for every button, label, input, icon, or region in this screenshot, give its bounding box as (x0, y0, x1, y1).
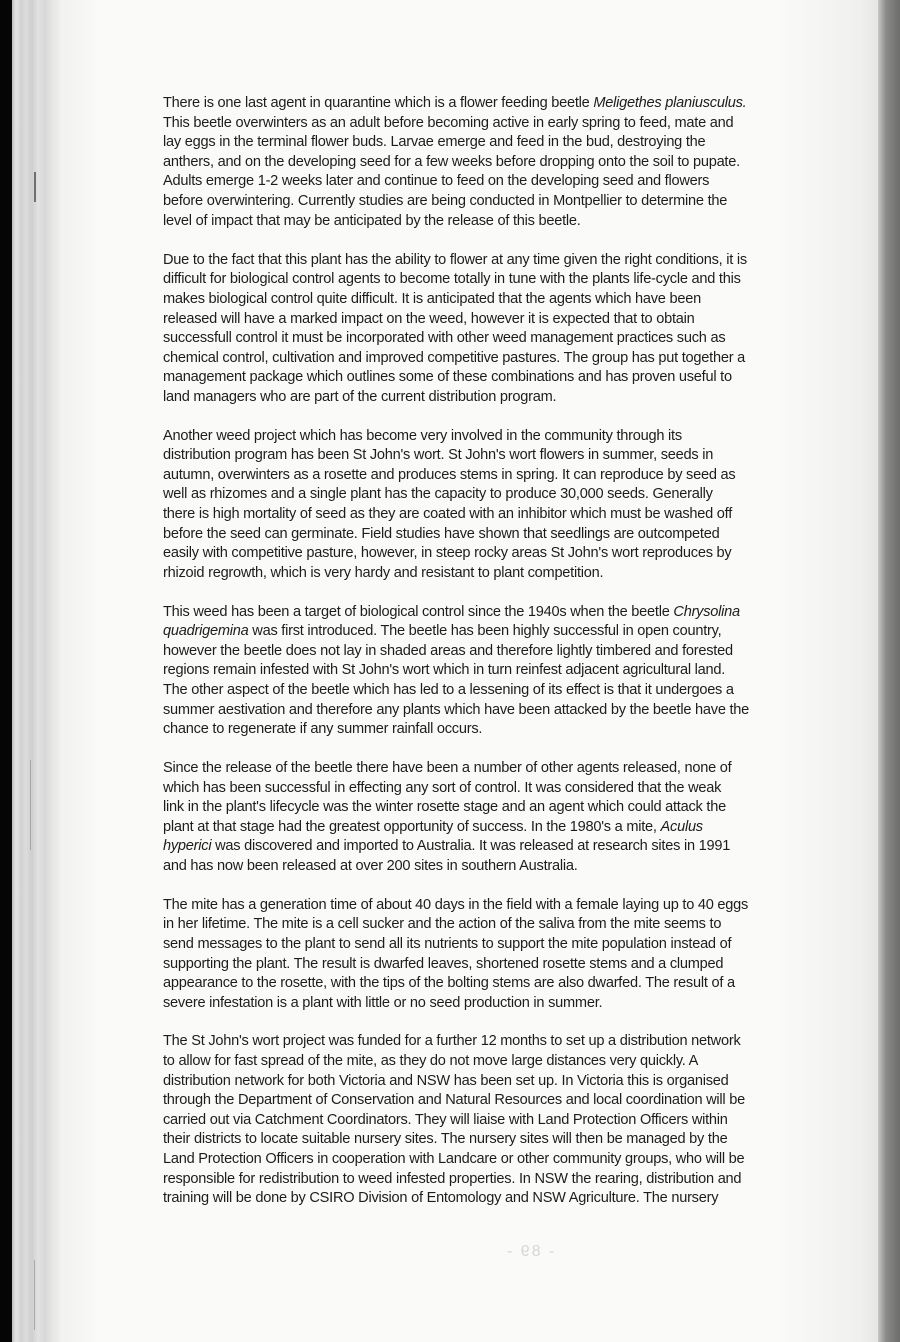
text-run: Land Protection Officers in cooperation … (163, 1150, 744, 1167)
text-line: lay eggs in the terminal flower buds. La… (163, 132, 835, 152)
text-run: Another weed project which has become ve… (163, 427, 682, 444)
text-run: This weed has been a target of biologica… (163, 603, 673, 620)
text-run: and has now been released at over 200 si… (163, 857, 578, 874)
text-line: rhizoid regrowth, which is very hardy an… (163, 563, 835, 583)
text-run: send messages to the plant to send all i… (163, 935, 731, 952)
text-line: Adults emerge 1-2 weeks later and contin… (163, 171, 835, 191)
gutter-mark (34, 1260, 35, 1330)
paragraph: This weed has been a target of biologica… (163, 602, 835, 739)
text-run: well as rhizomes and a single plant has … (163, 485, 713, 502)
text-line: distribution program has been St John's … (163, 445, 835, 465)
text-line: This weed has been a target of biologica… (163, 602, 835, 622)
text-line: send messages to the plant to send all i… (163, 934, 835, 954)
text-line: hyperici was discovered and imported to … (163, 836, 835, 856)
text-line: The St John's wort project was funded fo… (163, 1031, 835, 1051)
text-run: however the beetle does not lay in shade… (163, 642, 733, 659)
text-run: There is one last agent in quarantine wh… (163, 94, 593, 111)
text-run: anthers, and on the developing seed for … (163, 153, 740, 170)
text-line: chance to regenerate if any summer rainf… (163, 719, 835, 739)
text-line: well as rhizomes and a single plant has … (163, 484, 835, 504)
paragraph: The mite has a generation time of about … (163, 895, 835, 1013)
text-run: The St John's wort project was funded fo… (163, 1032, 741, 1049)
right-page-shadow (878, 0, 900, 1342)
text-run: link in the plant's lifecycle was the wi… (163, 798, 726, 815)
text-line: The other aspect of the beetle which has… (163, 680, 835, 700)
text-line: before overwintering. Currently studies … (163, 191, 835, 211)
text-run: their districts to locate suitable nurse… (163, 1130, 727, 1147)
text-line: Due to the fact that this plant has the … (163, 250, 835, 270)
text-run: distribution network for both Victoria a… (163, 1072, 729, 1089)
text-run: in her lifetime. The mite is a cell suck… (163, 915, 721, 932)
scan-left-edge (0, 0, 12, 1342)
text-line: Land Protection Officers in cooperation … (163, 1149, 835, 1169)
species-name: quadrigemina (163, 622, 248, 639)
text-run: Due to the fact that this plant has the … (163, 251, 747, 268)
gutter-mark (34, 172, 36, 202)
text-run: difficult for biological control agents … (163, 270, 741, 287)
text-run: chemical control, cultivation and improv… (163, 349, 745, 366)
text-run: appearance to the rosette, with the tips… (163, 974, 735, 991)
text-run: regions remain infested with St John's w… (163, 661, 725, 678)
text-run: summer aestivation and therefore any pla… (163, 701, 749, 718)
paragraph: There is one last agent in quarantine wh… (163, 93, 835, 230)
text-line: chemical control, cultivation and improv… (163, 348, 835, 368)
text-line: released will have a marked impact on th… (163, 309, 835, 329)
text-run: This beetle overwinters as an adult befo… (163, 114, 733, 131)
text-line: severe infestation is a plant with littl… (163, 993, 835, 1013)
text-line: autumn, overwinters as a rosette and pro… (163, 465, 835, 485)
text-line: distribution network for both Victoria a… (163, 1071, 835, 1091)
text-line: training will be done by CSIRO Division … (163, 1188, 835, 1208)
text-run: distribution program has been St John's … (163, 446, 713, 463)
text-run: autumn, overwinters as a rosette and pro… (163, 466, 735, 483)
text-line: management package which outlines some o… (163, 367, 835, 387)
text-run: easily with competitive pasture, however… (163, 544, 731, 561)
text-run: plant at that stage had the greatest opp… (163, 818, 661, 835)
text-line: to allow for fast spread of the mite, as… (163, 1051, 835, 1071)
text-line: before the seed can germinate. Field stu… (163, 524, 835, 544)
text-line: in her lifetime. The mite is a cell suck… (163, 914, 835, 934)
species-name: Chrysolina (673, 603, 739, 620)
text-run: which has been successful in effecting a… (163, 779, 721, 796)
text-run: chance to regenerate if any summer rainf… (163, 720, 482, 737)
text-run: carried out via Catchment Coordinators. … (163, 1111, 728, 1128)
text-run: supporting the plant. The result is dwar… (163, 955, 723, 972)
paragraph: Since the release of the beetle there ha… (163, 758, 835, 876)
text-line: summer aestivation and therefore any pla… (163, 700, 835, 720)
text-line: and has now been released at over 200 si… (163, 856, 835, 876)
text-run: released will have a marked impact on th… (163, 310, 695, 327)
text-run: severe infestation is a plant with littl… (163, 994, 602, 1011)
text-line: anthers, and on the developing seed for … (163, 152, 835, 172)
text-run: rhizoid regrowth, which is very hardy an… (163, 564, 603, 581)
text-line: There is one last agent in quarantine wh… (163, 93, 835, 113)
text-line: difficult for biological control agents … (163, 269, 835, 289)
text-line: successfull control it must be incorpora… (163, 328, 835, 348)
paragraph: The St John's wort project was funded fo… (163, 1031, 835, 1207)
text-line: Since the release of the beetle there ha… (163, 758, 835, 778)
text-run: before overwintering. Currently studies … (163, 192, 727, 209)
text-run: training will be done by CSIRO Division … (163, 1189, 718, 1206)
text-run: lay eggs in the terminal flower buds. La… (163, 133, 705, 150)
text-run: to allow for fast spread of the mite, as… (163, 1052, 698, 1069)
paragraph: Due to the fact that this plant has the … (163, 250, 835, 407)
text-run: management package which outlines some o… (163, 368, 732, 385)
text-line: however the beetle does not lay in shade… (163, 641, 835, 661)
text-run: Since the release of the beetle there ha… (163, 759, 732, 776)
gutter-mark (30, 760, 31, 850)
text-run: The other aspect of the beetle which has… (163, 681, 734, 698)
text-line: This beetle overwinters as an adult befo… (163, 113, 835, 133)
text-line: makes biological control quite difficult… (163, 289, 835, 309)
text-line: which has been successful in effecting a… (163, 778, 835, 798)
bleed-through-page-number: - 89 - (505, 1243, 554, 1261)
paragraph: Another weed project which has become ve… (163, 426, 835, 583)
species-name: Meligethes planiusculus. (593, 94, 746, 111)
text-run: makes biological control quite difficult… (163, 290, 701, 307)
text-line: regions remain infested with St John's w… (163, 660, 835, 680)
text-line: quadrigemina was first introduced. The b… (163, 621, 835, 641)
text-line: link in the plant's lifecycle was the wi… (163, 797, 835, 817)
text-line: supporting the plant. The result is dwar… (163, 954, 835, 974)
text-line: The mite has a generation time of about … (163, 895, 835, 915)
text-line: land managers who are part of the curren… (163, 387, 835, 407)
text-line: appearance to the rosette, with the tips… (163, 973, 835, 993)
binding-gutter (12, 0, 60, 1342)
text-run: responsible for redistribution to weed i… (163, 1170, 741, 1187)
text-run: there is high mortality of seed as they … (163, 505, 732, 522)
text-run: land managers who are part of the curren… (163, 388, 556, 405)
text-line: carried out via Catchment Coordinators. … (163, 1110, 835, 1130)
text-line: plant at that stage had the greatest opp… (163, 817, 835, 837)
text-line: there is high mortality of seed as they … (163, 504, 835, 524)
document-body: There is one last agent in quarantine wh… (163, 93, 835, 1227)
species-name: hyperici (163, 837, 211, 854)
text-line: easily with competitive pasture, however… (163, 543, 835, 563)
text-line: Another weed project which has become ve… (163, 426, 835, 446)
text-line: their districts to locate suitable nurse… (163, 1129, 835, 1149)
text-run: before the seed can germinate. Field stu… (163, 525, 719, 542)
text-run: through the Department of Conservation a… (163, 1091, 745, 1108)
text-line: level of impact that may be anticipated … (163, 211, 835, 231)
text-run: Adults emerge 1-2 weeks later and contin… (163, 172, 709, 189)
text-line: responsible for redistribution to weed i… (163, 1169, 835, 1189)
text-run: The mite has a generation time of about … (163, 896, 748, 913)
text-run: level of impact that may be anticipated … (163, 212, 581, 229)
text-line: through the Department of Conservation a… (163, 1090, 835, 1110)
text-run: was first introduced. The beetle has bee… (248, 622, 721, 639)
text-run: was discovered and imported to Australia… (211, 837, 730, 854)
text-run: successfull control it must be incorpora… (163, 329, 725, 346)
species-name: Aculus (661, 818, 703, 835)
